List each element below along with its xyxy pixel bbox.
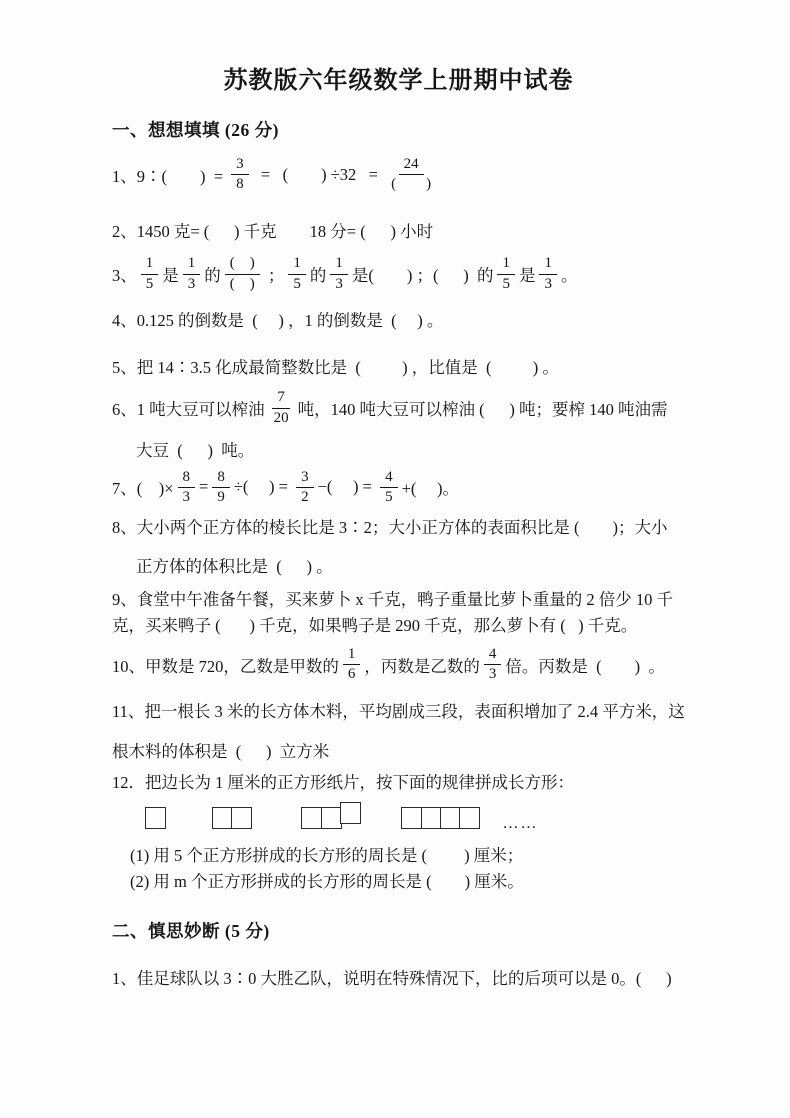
fraction-denominator: 3 [539, 275, 557, 293]
fraction: 4 3 [484, 646, 502, 684]
q1-text-2: = ( ) ÷32 = [253, 165, 382, 185]
fraction-denominator: 2 [296, 488, 314, 506]
q10-text-3: 倍。丙数是 ( ) 。 [505, 653, 665, 677]
square-group-2 [212, 807, 252, 829]
squares-row: …… [112, 807, 695, 835]
square-cell [145, 807, 166, 829]
q3-text-3: 的 [204, 262, 221, 286]
square-cell [459, 807, 480, 829]
fraction: 4 5 [380, 469, 398, 507]
exam-paper: 苏教版六年级数学上册期中试卷 一、想想填填 (26 分) 1、9∶( ) = 3… [0, 0, 790, 1118]
q7-text-4: −( ) = [318, 477, 376, 497]
fraction-denominator: 5 [497, 275, 515, 293]
fraction-numerator: 1 [330, 255, 348, 274]
question-4: 4、0.125 的倒数是 ( ) ，1 的倒数是 ( ) 。 [112, 310, 695, 332]
question-3: 3、 1 5 是 1 3 的 ( ) ( ) ； 1 5 的 1 3 是( ) … [112, 255, 695, 293]
square-cell [321, 807, 342, 829]
q3-text-5: 的 [310, 262, 327, 286]
question-7: 7、( )× 8 3 = 8 9 ÷( ) = 3 2 −( ) = 4 5 +… [112, 469, 695, 507]
fraction-numerator: 1 [343, 646, 361, 665]
q6-text-1: 6、1 吨大豆可以榨油 [112, 396, 265, 420]
fraction-numerator: 4 [380, 469, 398, 488]
fraction-denominator: 5 [288, 275, 306, 293]
q3-text-8: 。 [561, 262, 578, 286]
fraction-denominator: 8 [231, 175, 249, 193]
question-12-sub2: (2) 用 m 个正方形拼成的长方形的周长是 ( ) 厘米。 [112, 871, 695, 893]
fraction-denominator: 5 [380, 488, 398, 506]
fraction-numerator: 8 [178, 469, 196, 488]
q1-text-1: 1、9∶( ) = [112, 163, 227, 187]
section2-question-1: 1、佳足球队以 3∶0 大胜乙队，说明在特殊情况下，比的后项可以是 0。( ) [112, 968, 695, 990]
fraction-numerator: 1 [497, 255, 515, 274]
fraction: 7 20 [269, 389, 294, 427]
fraction-numerator: 7 [272, 389, 290, 408]
fraction-denominator: 6 [343, 665, 361, 683]
fraction: 1 3 [330, 255, 348, 293]
q3-text-6: 是( ) ；( ) 的 [352, 262, 494, 286]
square-cell [231, 807, 252, 829]
fraction-denominator: 20 [269, 409, 294, 427]
square-group-3 [301, 807, 361, 829]
square-cell [212, 807, 233, 829]
square-cell [340, 802, 361, 824]
fraction-numerator: 1 [288, 255, 306, 274]
fraction: 1 5 [497, 255, 515, 293]
q3-text-7: 是 [519, 262, 536, 286]
q3-text-2: 是 [162, 262, 179, 286]
fraction-denominator: 3 [178, 488, 196, 506]
question-11: 11、把一根长 3 米的长方体木料，平均剧成三段，表面积增加了 2.4 平方米，… [112, 701, 695, 723]
fraction-numerator: ( ) [225, 255, 260, 274]
fraction-numerator: 1 [539, 255, 557, 274]
fraction: 8 9 [212, 469, 230, 507]
question-11-line2: 根木料的体积是 ( ) 立方米 [112, 741, 695, 763]
q7-text-2: = [199, 477, 208, 497]
question-2: 2、1450 克= ( ) 千克 18 分= ( ) 小时 [112, 221, 695, 243]
fraction: 1 5 [141, 255, 159, 293]
question-8: 8、大小两个正方体的棱长比是 3∶2；大小正方体的表面积比是 ( )；大小 [112, 517, 695, 539]
fraction-denominator: 3 [183, 275, 201, 293]
section1-heading: 一、想想填填 (26 分) [112, 117, 695, 142]
q10-text-1: 10、甲数是 720，乙数是甲数的 [112, 653, 339, 677]
question-6-line2: 大豆 ( ) 吨。 [112, 440, 695, 462]
fraction-numerator: 24 [399, 156, 424, 175]
q3-text-4: ； [264, 262, 285, 286]
fraction-numerator: 3 [231, 156, 249, 175]
section2-heading: 二、慎思妙断 (5 分) [112, 918, 695, 943]
fraction-denominator: 5 [141, 275, 159, 293]
question-5: 5、把 14∶3.5 化成最简整数比是 ( ) ，比值是 ( ) 。 [112, 357, 695, 379]
q6-text-2: 吨，140 吨大豆可以榨油 ( ) 吨；要榨 140 吨油需 [298, 396, 668, 420]
fraction-numerator: 1 [183, 255, 201, 274]
question-12-sub1: (1) 用 5 个正方形拼成的长方形的周长是 ( ) 厘米； [112, 845, 695, 867]
ellipsis: …… [502, 816, 538, 835]
fraction-blank: ( ) ( ) [225, 255, 260, 293]
fraction-numerator: 8 [212, 469, 230, 488]
fraction: 1 3 [183, 255, 201, 293]
square-group-4 [401, 807, 480, 829]
question-9: 9、食堂中午准备午餐，买来萝卜 x 千克，鸭子重量比萝卜重量的 2 倍少 10 … [112, 589, 695, 611]
fraction: 8 3 [178, 469, 196, 507]
q7-text-1: 7、( )× [112, 475, 174, 499]
question-9-line2: 克，买来鸭子 ( ) 千克，如果鸭子是 290 千克，那么萝卜有 ( ) 千克。 [112, 615, 695, 637]
fraction-numerator: 3 [296, 469, 314, 488]
fraction-denominator: 3 [330, 275, 348, 293]
question-6: 6、1 吨大豆可以榨油 7 20 吨，140 吨大豆可以榨油 ( ) 吨；要榨 … [112, 389, 695, 427]
fraction-denominator: 9 [212, 488, 230, 506]
fraction: 1 6 [343, 646, 361, 684]
q3-text-1: 3、 [112, 262, 137, 286]
fraction: 1 3 [539, 255, 557, 293]
square-cell [440, 807, 461, 829]
question-8-line2: 正方体的体积比是 ( ) 。 [112, 556, 695, 578]
square-group-1 [145, 807, 166, 829]
fraction: 1 5 [288, 255, 306, 293]
square-cell [401, 807, 422, 829]
page-title: 苏教版六年级数学上册期中试卷 [102, 60, 695, 95]
q7-text-5: +( )。 [402, 475, 459, 499]
fraction-numerator: 4 [484, 646, 502, 665]
question-10: 10、甲数是 720，乙数是甲数的 1 6 ，丙数是乙数的 4 3 倍。丙数是 … [112, 646, 695, 684]
question-1: 1、9∶( ) = 3 8 = ( ) ÷32 = 24 ( ) [112, 156, 695, 194]
fraction-denominator: ( ) [225, 275, 260, 293]
fraction-numerator: 1 [141, 255, 159, 274]
fraction-denominator: ( ) [386, 175, 436, 193]
fraction: 24 ( ) [386, 156, 436, 194]
fraction: 3 2 [296, 469, 314, 507]
fraction-denominator: 3 [484, 665, 502, 683]
question-12: 12．把边长为 1 厘米的正方形纸片，按下面的规律拼成长方形： [112, 772, 695, 794]
q7-text-3: ÷( ) = [234, 477, 292, 497]
square-cell [301, 807, 322, 829]
square-cell [421, 807, 442, 829]
q10-text-2: ，丙数是乙数的 [364, 653, 480, 677]
fraction: 3 8 [231, 156, 249, 194]
